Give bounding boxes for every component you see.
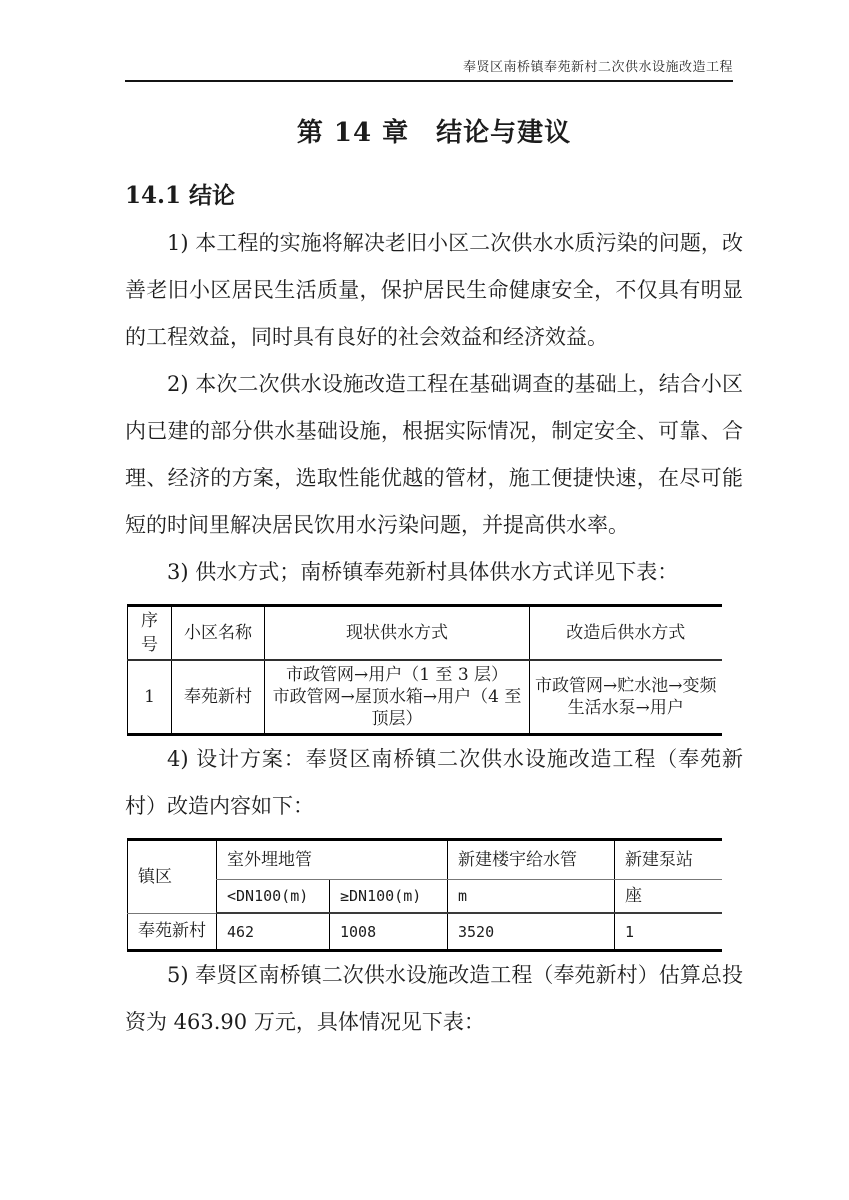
cell-pump-station-value: 1 bbox=[615, 913, 722, 951]
subheader-meter-unit: m bbox=[448, 880, 615, 914]
current-supply-line-1: 市政管网→用户（1 至 3 层） bbox=[269, 664, 525, 686]
paragraph-2: 2) 本次二次供水设施改造工程在基础调查的基础上，结合小区内已建的部分供水基础设… bbox=[125, 361, 743, 549]
header-new-building-water-pipe: 新建楼宇给水管 bbox=[448, 840, 615, 880]
header-new-pump-station: 新建泵站 bbox=[615, 840, 722, 880]
paragraph-1: 1) 本工程的实施将解决老旧小区二次供水水质污染的问题，改善老旧小区居民生活质量… bbox=[125, 220, 743, 361]
header-community-name: 小区名称 bbox=[172, 606, 265, 661]
subheader-ge-dn100: ≥DN100(m) bbox=[330, 880, 448, 914]
paragraph-4: 4) 设计方案：奉贤区南桥镇二次供水设施改造工程（奉苑新村）改造内容如下： bbox=[125, 736, 743, 830]
cell-ge-dn100-value: 1008 bbox=[330, 913, 448, 951]
header-serial-no: 序号 bbox=[128, 606, 172, 661]
page-content: 奉贤区南桥镇奉苑新村二次供水设施改造工程 第 14 章 结论与建议 14.1 结… bbox=[0, 0, 849, 1046]
header-current-supply-mode: 现状供水方式 bbox=[265, 606, 530, 661]
cell-current-supply-mode: 市政管网→用户（1 至 3 层） 市政管网→屋顶水箱→用户（4 至顶层） bbox=[265, 660, 530, 735]
running-header: 奉贤区南桥镇奉苑新村二次供水设施改造工程 bbox=[125, 56, 733, 82]
works-scope-table: 镇区 室外埋地管 新建楼宇给水管 新建泵站 <DN100(m) ≥DN100(m… bbox=[127, 838, 722, 952]
current-supply-line-2: 市政管网→屋顶水箱→用户（4 至顶层） bbox=[269, 686, 525, 730]
cell-town-area: 奉苑新村 bbox=[128, 913, 217, 951]
chapter-title: 第 14 章 结论与建议 bbox=[125, 112, 743, 149]
cell-lt-dn100-value: 462 bbox=[217, 913, 330, 951]
header-town-area: 镇区 bbox=[128, 840, 217, 914]
paragraph-5: 5) 奉贤区南桥镇二次供水设施改造工程（奉苑新村）估算总投资为 463.90 万… bbox=[125, 952, 743, 1046]
subheader-seat-unit: 座 bbox=[615, 880, 722, 914]
section-heading: 14.1 结论 bbox=[125, 177, 743, 210]
supply-mode-table: 序号 小区名称 现状供水方式 改造后供水方式 1 奉苑新村 市政管网→用户（1 … bbox=[127, 604, 722, 736]
header-after-supply-mode: 改造后供水方式 bbox=[530, 606, 722, 661]
works-table-unit-row: <DN100(m) ≥DN100(m) m 座 bbox=[128, 880, 722, 914]
subheader-lt-dn100: <DN100(m) bbox=[217, 880, 330, 914]
works-table-group-row: 镇区 室外埋地管 新建楼宇给水管 新建泵站 bbox=[128, 840, 722, 880]
document-page: 奉贤区南桥镇奉苑新村二次供水设施改造工程 第 14 章 结论与建议 14.1 结… bbox=[0, 0, 849, 1200]
supply-mode-table-header-row: 序号 小区名称 现状供水方式 改造后供水方式 bbox=[128, 606, 722, 661]
paragraph-3: 3) 供水方式；南桥镇奉苑新村具体供水方式详见下表： bbox=[125, 549, 743, 596]
header-serial-no-label: 序号 bbox=[141, 609, 159, 657]
cell-building-pipe-value: 3520 bbox=[448, 913, 615, 951]
cell-serial-no: 1 bbox=[128, 660, 172, 735]
cell-after-supply-mode: 市政管网→贮水池→变频生活水泵→用户 bbox=[530, 660, 722, 735]
works-table-data-row: 奉苑新村 462 1008 3520 1 bbox=[128, 913, 722, 951]
supply-mode-table-data-row: 1 奉苑新村 市政管网→用户（1 至 3 层） 市政管网→屋顶水箱→用户（4 至… bbox=[128, 660, 722, 735]
cell-community-name: 奉苑新村 bbox=[172, 660, 265, 735]
running-header-text: 奉贤区南桥镇奉苑新村二次供水设施改造工程 bbox=[463, 60, 733, 75]
header-outdoor-buried-pipe: 室外埋地管 bbox=[217, 840, 448, 880]
